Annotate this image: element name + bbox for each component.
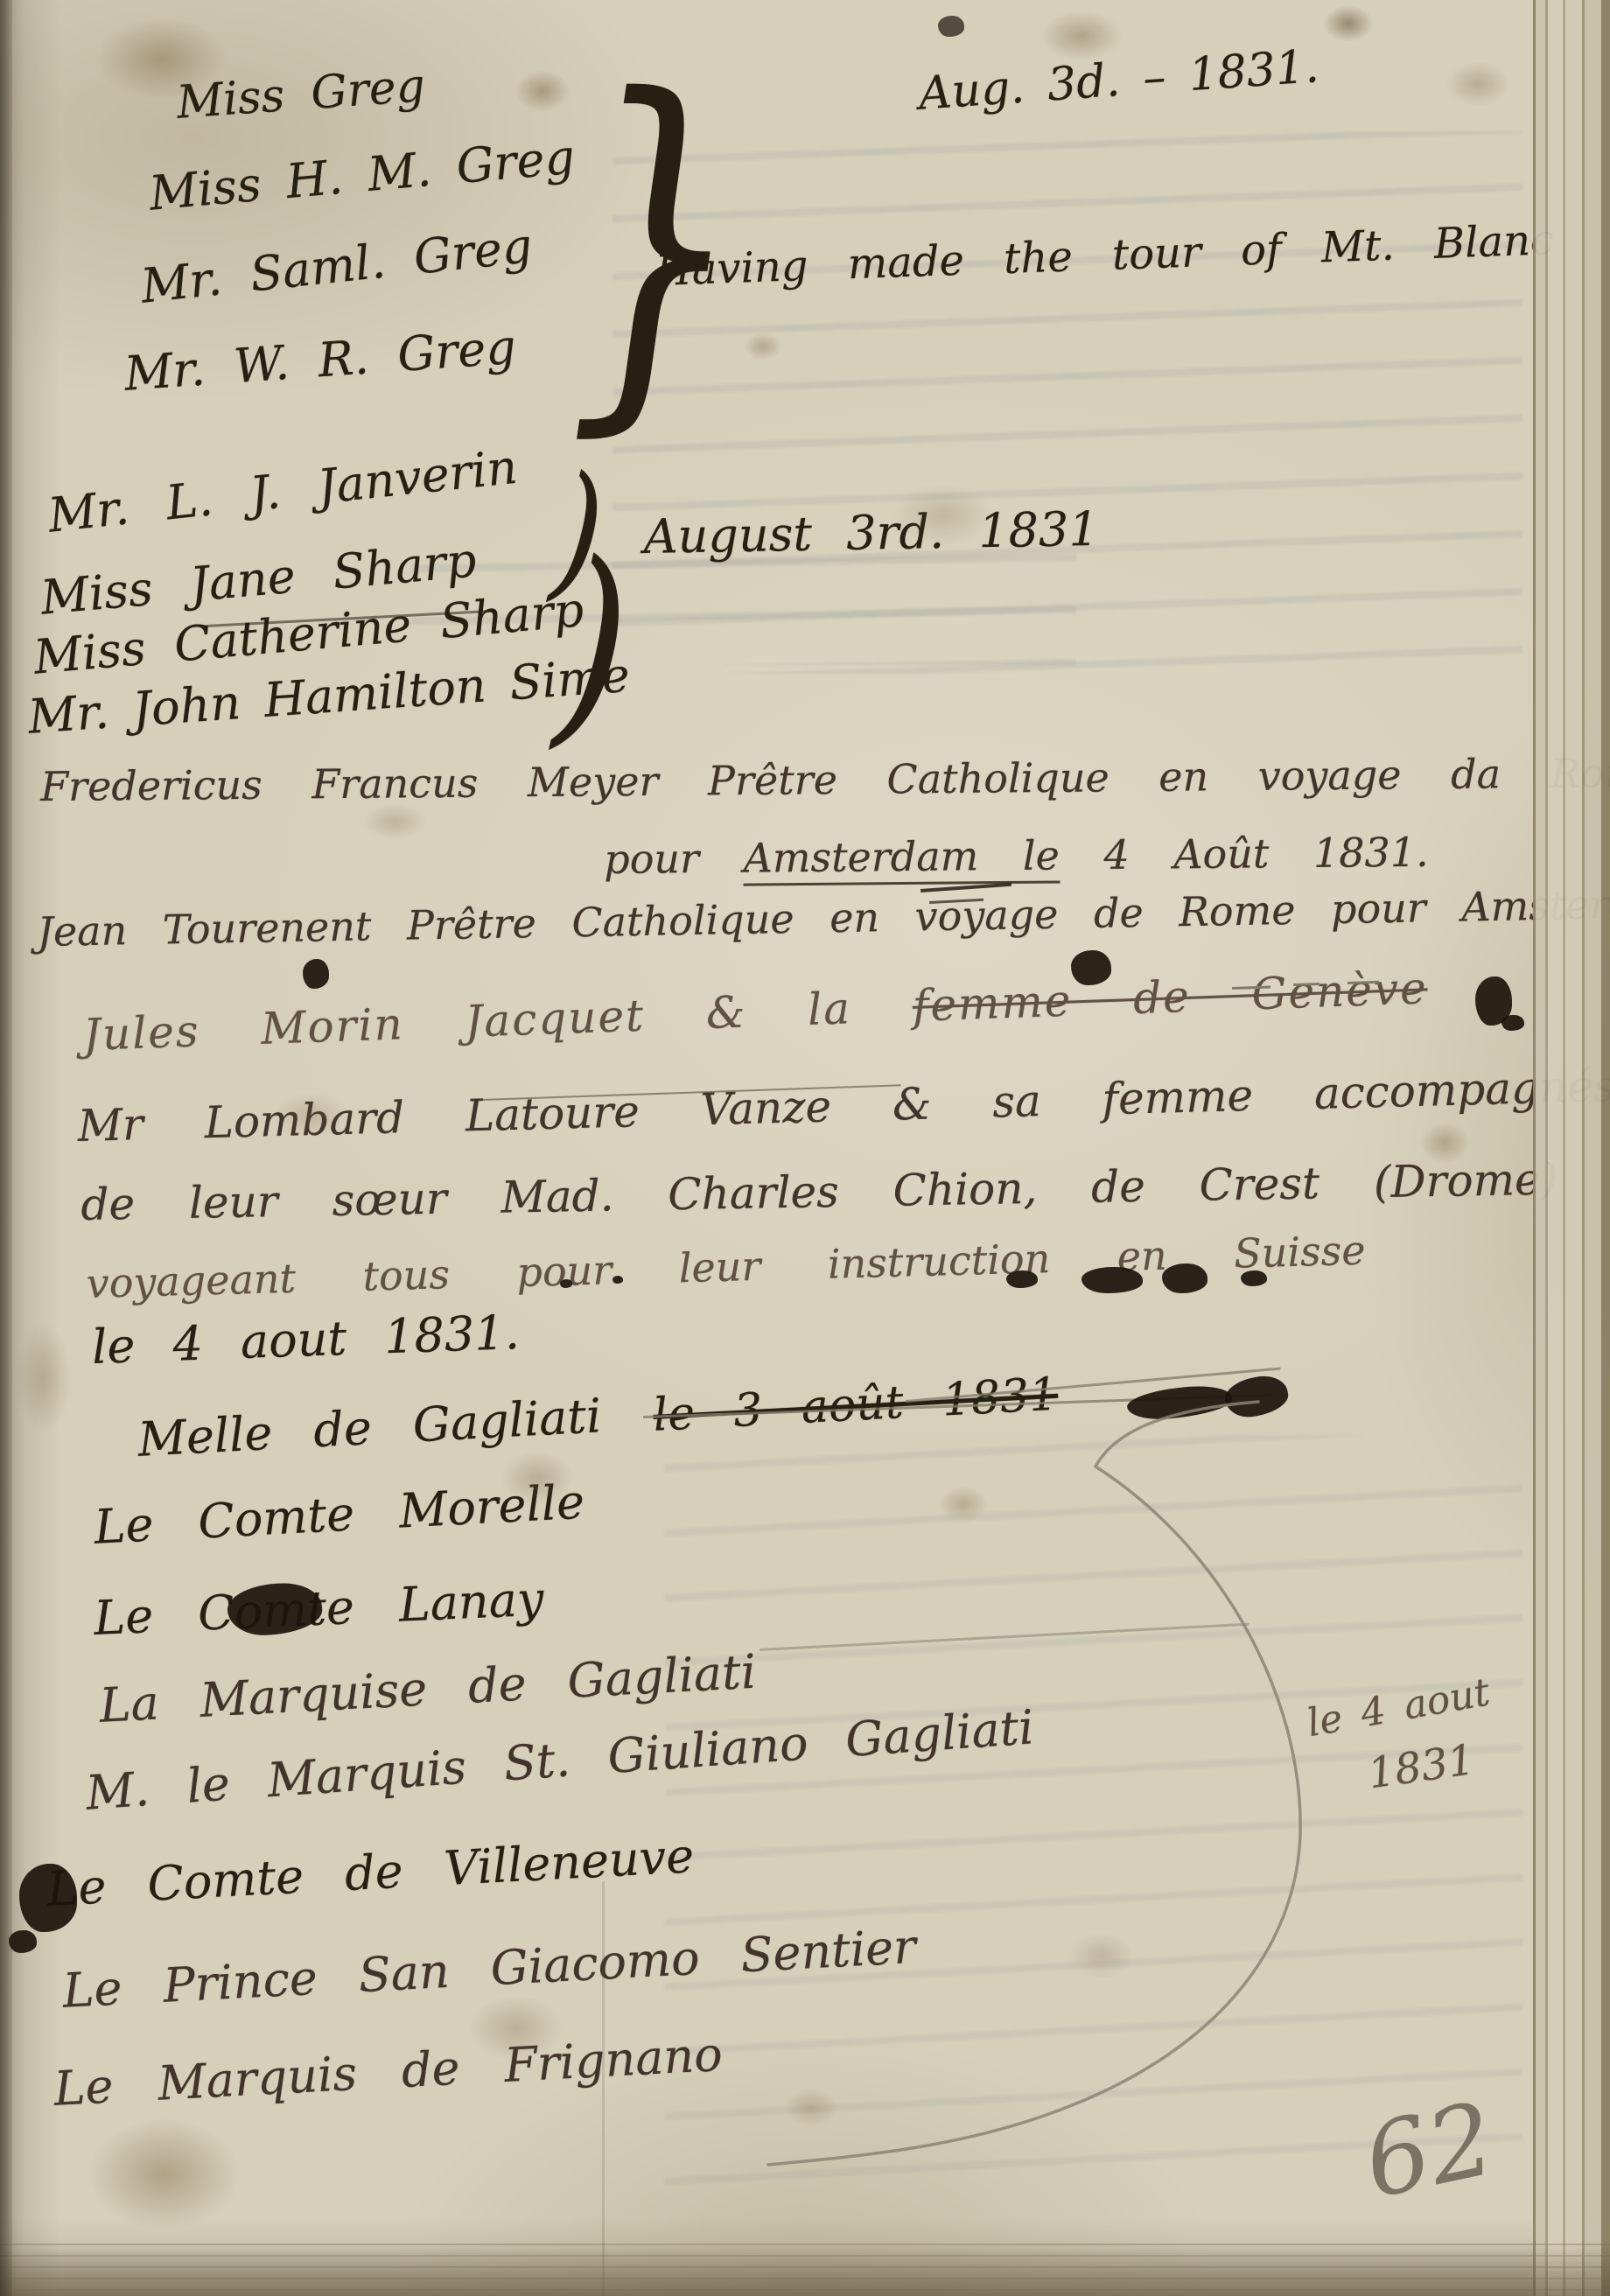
stain bbox=[1323, 5, 1374, 42]
meyer-pour: pour bbox=[604, 835, 699, 883]
pencil-swoosh bbox=[759, 1623, 1249, 1651]
ink-dot bbox=[612, 1276, 623, 1284]
verso-bleed-upper bbox=[612, 131, 1522, 674]
page-number: 62 bbox=[1354, 2081, 1504, 2222]
ink-blot bbox=[938, 16, 964, 37]
ink-blot bbox=[303, 959, 329, 989]
binding-crease-left bbox=[0, 0, 12, 2296]
ink-dot bbox=[560, 1279, 572, 1288]
stain bbox=[783, 2088, 839, 2126]
entry-mr-wr-greg: Mr. W. R. Greg bbox=[122, 319, 518, 402]
page-stack-edge-bottom bbox=[0, 2243, 1610, 2296]
meyer-date: 4 Août 1831. bbox=[1103, 829, 1429, 878]
stain bbox=[514, 70, 570, 112]
entry-miss-hm-greg: Miss H. M. Greg bbox=[147, 129, 577, 220]
ink-smudge bbox=[1006, 1270, 1038, 1288]
verso-bleed-lower bbox=[665, 1435, 1522, 2187]
ink-blot bbox=[9, 1930, 37, 1953]
group-brace: } bbox=[567, 51, 744, 436]
entry-note-tour: Having made the tour of Mt. Blanc bbox=[654, 215, 1555, 296]
stain bbox=[362, 803, 427, 840]
entry-date-top: Aug. 3d. – 1831. bbox=[917, 40, 1320, 121]
entry-meyer-line1: Fredericus Francus Meyer Prêtre Catholiq… bbox=[40, 749, 1610, 810]
ink-blot bbox=[1501, 1015, 1524, 1031]
ink-smudge bbox=[1162, 1263, 1207, 1293]
ink-blot bbox=[1222, 1372, 1291, 1421]
entry-mr-saml-greg: Mr. Saml. Greg bbox=[138, 218, 535, 314]
stain bbox=[1445, 61, 1510, 107]
margin-date-line2: 1831 bbox=[1365, 1735, 1478, 1798]
ink-blot bbox=[1126, 1382, 1234, 1423]
meyer-place-underlined: Amsterdam le bbox=[743, 831, 1060, 885]
entry-comte-villeneuve: Le Comte de Villeneuve bbox=[45, 1828, 696, 1917]
entry-lombard-date: le 4 aout 1831. bbox=[91, 1305, 521, 1375]
ink-smudge bbox=[1081, 1267, 1143, 1293]
entry-marquise-gagliati: La Marquise de Gagliati bbox=[98, 1644, 758, 1733]
entry-morin: Jules Morin Jacquet & la femme de Genève bbox=[82, 962, 1429, 1060]
page-stack-edge-right bbox=[1533, 0, 1610, 2296]
stain bbox=[938, 1486, 989, 1522]
stain bbox=[87, 2117, 241, 2231]
entry-prince-giacomo: Le Prince San Giacomo Sentier bbox=[61, 1919, 917, 2019]
entry-meyer-line2: pour Amsterdam le 4 Août 1831. bbox=[604, 829, 1429, 883]
ink-blot bbox=[1071, 950, 1111, 985]
entry-date-janverin: August 3rd. 1831 bbox=[643, 501, 1099, 564]
entry-lombard-line1: Mr Lombard Latoure Vanze & sa femme acco… bbox=[77, 1060, 1610, 1151]
entry-marquis-frignano: Le Marquis de Frignano bbox=[52, 2026, 724, 2117]
morin-struck-text: femme de Genève bbox=[912, 962, 1429, 1032]
entry-comte-morelle: Le Comte Morelle bbox=[93, 1474, 585, 1555]
stain bbox=[744, 332, 782, 360]
stain bbox=[14, 1321, 72, 1435]
ink-smudge bbox=[1241, 1270, 1267, 1286]
morin-part1: Jules Morin Jacquet & la bbox=[82, 983, 852, 1060]
entry-tourenent: Jean Tourenent Prêtre Catholique en voya… bbox=[37, 879, 1610, 955]
entry-lombard-line2: de leur sœur Mad. Charles Chion, de Cres… bbox=[80, 1154, 1558, 1230]
register-page: Miss Greg Miss H. M. Greg Mr. Saml. Greg… bbox=[0, 0, 1610, 2296]
tourenent-part1: Jean Tourenent Prêtre Catholique bbox=[37, 895, 794, 955]
entry-melle-gagliati: Melle de Gagliati bbox=[136, 1388, 603, 1467]
ink-blot bbox=[19, 1864, 77, 1932]
entry-miss-greg: Miss Greg bbox=[175, 59, 427, 129]
margin-date-line1: le 4 aout bbox=[1304, 1669, 1493, 1746]
group-paren-lower: ) bbox=[552, 532, 635, 755]
stain bbox=[1039, 10, 1123, 61]
stain bbox=[1069, 1932, 1134, 1979]
entry-janverin: Mr. L. J. Janverin bbox=[45, 439, 520, 543]
